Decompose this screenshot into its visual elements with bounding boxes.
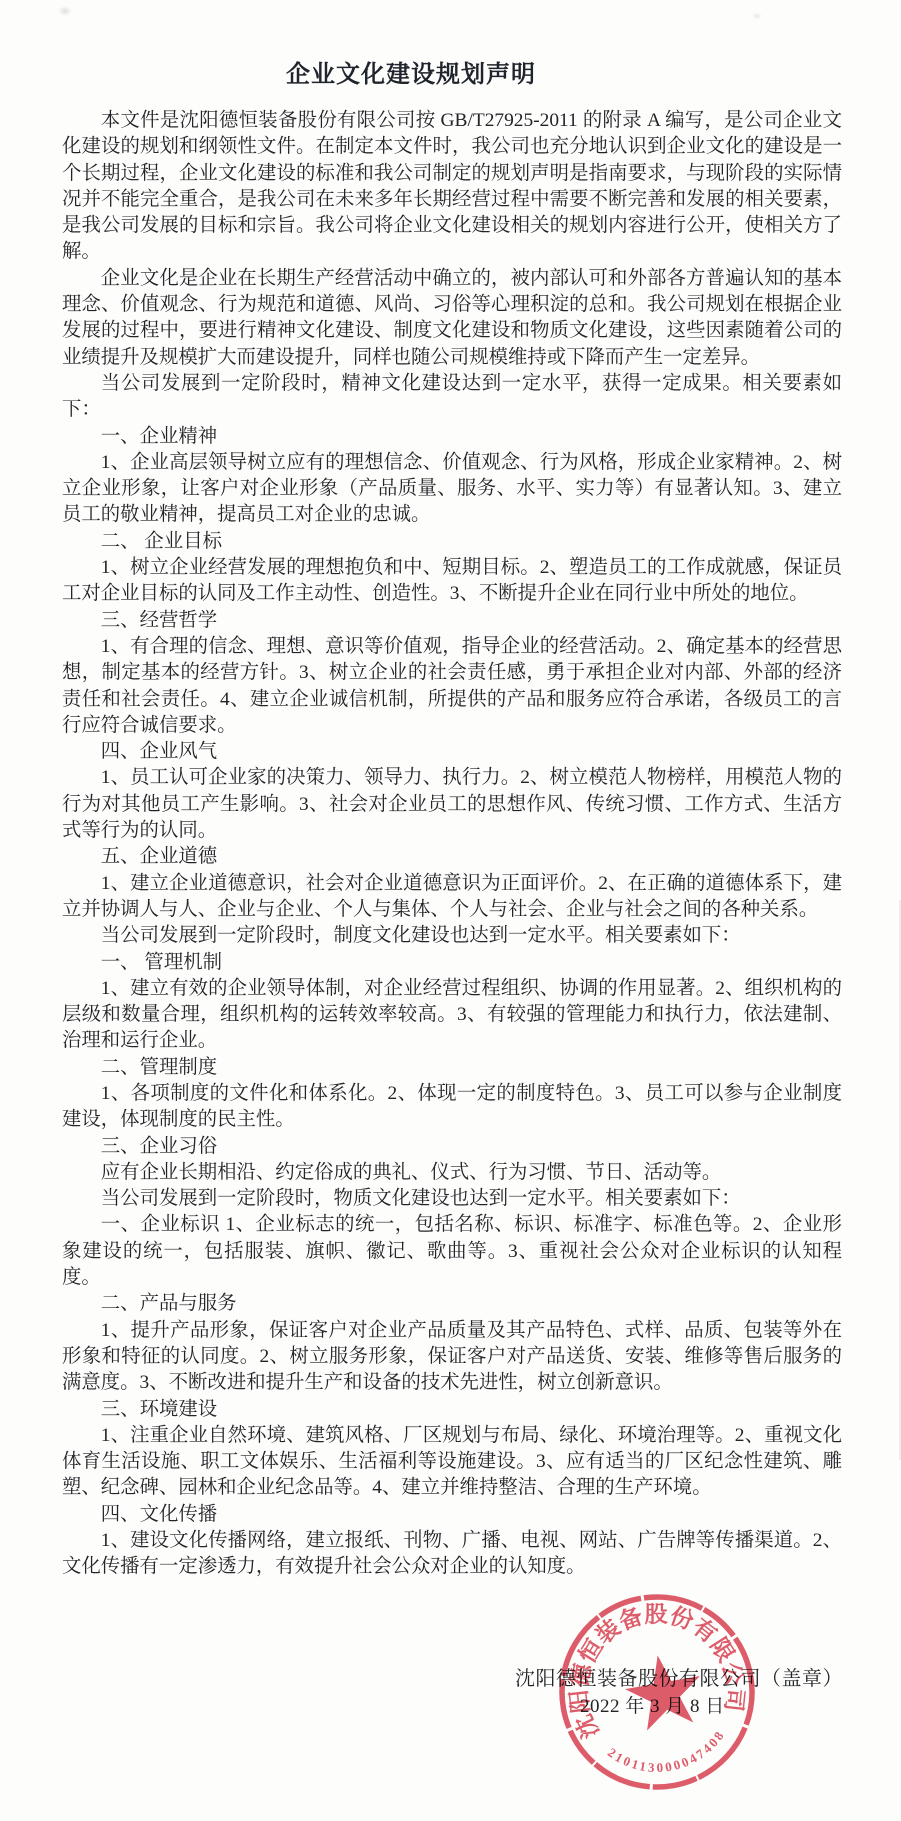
section-heading: 三、经营哲学 [62, 608, 842, 634]
paragraph: 应有企业长期相沿、约定俗成的典礼、仪式、行为习惯、节日、活动等。 [62, 1160, 842, 1186]
red-star-icon [620, 1649, 707, 1733]
section-heading: 四、企业风气 [62, 739, 842, 765]
scan-smudge [58, 6, 72, 16]
section-heading: 一、企业精神 [62, 424, 842, 450]
paragraph: 1、员工认可企业家的决策力、领导力、执行力。2、树立模范人物榜样，用模范人物的行… [62, 765, 842, 844]
paragraph: 本文件是沈阳德恒装备股份有限公司按 GB/T27925-2011 的附录 A 编… [62, 108, 842, 266]
page-title: 企业文化建设规划声明 [0, 54, 822, 89]
scan-smudge [752, 12, 762, 20]
section-heading: 二、产品与服务 [62, 1291, 842, 1317]
paragraph: 1、有合理的信念、理想、意识等价值观，指导企业的经营活动。2、确定基本的经营思想… [62, 634, 842, 739]
paragraph: 1、各项制度的文件化和体系化。2、体现一定的制度特色。3、员工可以参与企业制度建… [62, 1081, 842, 1134]
section-heading: 四、文化传播 [62, 1502, 842, 1528]
section-heading: 一、 管理机制 [62, 950, 842, 976]
paragraph: 一、企业标识 1、企业标志的统一，包括名称、标识、标准字、标准色等。2、企业形象… [62, 1212, 842, 1291]
paragraph: 1、注重企业自然环境、建筑风格、厂区规划与布局、绿化、环境治理等。2、重视文化体… [62, 1423, 842, 1502]
paragraph: 1、建立有效的企业领导体制，对企业经营过程组织、协调的作用显著。2、组织机构的层… [62, 976, 842, 1055]
paragraph: 1、建立企业道德意识，社会对企业道德意识为正面评价。2、在正确的道德体系下，建立… [62, 871, 842, 924]
document-body: 本文件是沈阳德恒装备股份有限公司按 GB/T27925-2011 的附录 A 编… [62, 108, 842, 1581]
paragraph: 当公司发展到一定阶段时，精神文化建设达到一定水平，获得一定成果。相关要素如下： [62, 371, 842, 424]
section-heading: 二、 企业目标 [62, 529, 842, 555]
section-heading: 二、管理制度 [62, 1055, 842, 1081]
document-page: 企业文化建设规划声明 本文件是沈阳德恒装备股份有限公司按 GB/T27925-2… [0, 0, 901, 1821]
paragraph: 1、树立企业经营发展的理想抱负和中、短期目标。2、塑造员工的工作成就感，保证员工… [62, 555, 842, 608]
paragraph: 1、建设文化传播网络，建立报纸、刊物、广播、电视、网站、广告牌等传播渠道。2、文… [62, 1528, 842, 1581]
paragraph: 1、提升产品形象，保证客户对企业产品质量及其产品特色、式样、品质、包装等外在形象… [62, 1318, 842, 1397]
paragraph: 当公司发展到一定阶段时，制度文化建设也达到一定水平。相关要素如下： [62, 923, 842, 949]
company-seal-stamp: 沈阳德恒装备股份有限公司 210113000047408 [541, 1576, 773, 1808]
section-heading: 五、企业道德 [62, 844, 842, 870]
section-heading: 三、环境建设 [62, 1397, 842, 1423]
paragraph: 企业文化是企业在长期生产经营活动中确立的，被内部认可和外部各方普遍认知的基本理念… [62, 266, 842, 371]
seal-serial-number: 210113000047408 [603, 1725, 733, 1785]
paragraph: 1、企业高层领导树立应有的理想信念、价值观念、行为风格，形成企业家精神。2、树立… [62, 450, 842, 529]
section-heading: 三、企业习俗 [62, 1134, 842, 1160]
paragraph: 当公司发展到一定阶段时，物质文化建设也达到一定水平。相关要素如下： [62, 1186, 842, 1212]
